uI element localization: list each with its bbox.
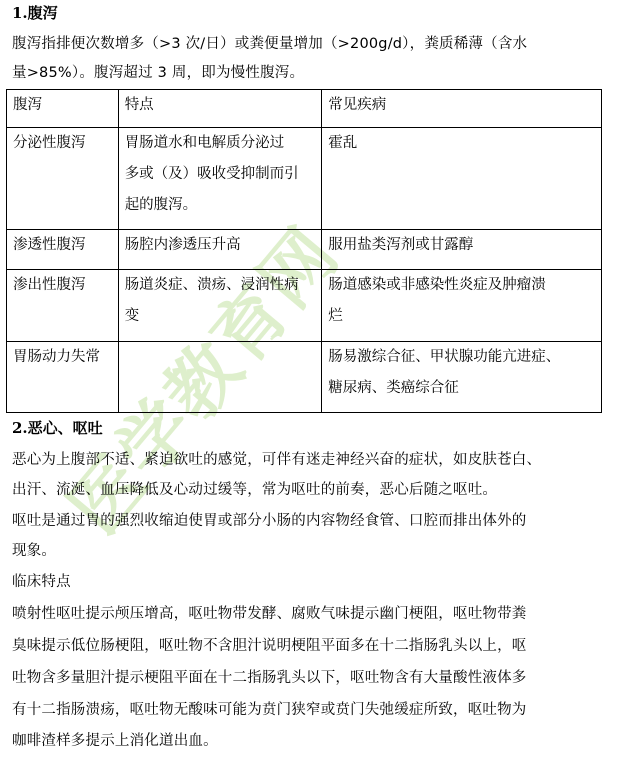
table-row: 胃肠动力失常 肠易激综合征、甲状腺功能亢进症、 糖尿病、类癌综合征 xyxy=(7,342,602,413)
table-cell-type: 胃肠动力失常 xyxy=(7,342,119,413)
table-cell-disease: 霍乱 xyxy=(322,128,602,230)
table-cell-feature: 肠道炎症、溃疡、浸润性病 变 xyxy=(118,270,322,342)
section2-title: 2.恶心、呕吐 xyxy=(12,418,103,438)
section2-line: 恶心为上腹部不适、紧迫欲吐的感觉，可伴有迷走神经兴奋的症状，如皮肤苍白、 xyxy=(12,450,541,470)
cell-text: 糖尿病、类癌综合征 xyxy=(328,373,595,404)
header-feature: 特点 xyxy=(125,90,316,121)
table-cell-type: 分泌性腹泻 xyxy=(7,128,119,230)
table-cell-type: 渗出性腹泻 xyxy=(7,270,119,342)
header-disease: 常见疾病 xyxy=(328,90,595,121)
table-cell-disease: 服用盐类泻剂或甘露醇 xyxy=(322,230,602,270)
cell-text: 胃肠道水和电解质分泌过 xyxy=(125,128,316,159)
table-row: 渗透性腹泻 肠腔内渗透压升高 服用盐类泻剂或甘露醇 xyxy=(7,230,602,270)
section2-line: 呕吐是通过胃的强烈收缩迫使胃或部分小肠的内容物经食管、口腔而排出体外的 xyxy=(12,511,527,531)
section1-paragraph-line: 量>85%）。腹泻超过 3 周，即为慢性腹泻。 xyxy=(12,63,304,83)
table-cell-disease: 肠道感染或非感染性炎症及肿瘤溃 烂 xyxy=(322,270,602,342)
cell-text: 霍乱 xyxy=(328,128,595,159)
section1-paragraph-line: 腹泻指排便次数增多（>3 次/日）或粪便量增加（>200g/d），粪质稀薄（含水 xyxy=(12,34,527,54)
section2-line: 现象。 xyxy=(12,541,56,561)
table-header-row: 腹泻 特点 常见疾病 xyxy=(7,90,602,128)
table-row: 分泌性腹泻 胃肠道水和电解质分泌过 多或（及）吸收受抑制而引 起的腹泻。 霍乱 xyxy=(7,128,602,230)
section2-line: 出汗、流涎、血压降低及心动过缓等，常为呕吐的前奏，恶心后随之呕吐。 xyxy=(12,480,497,500)
cell-text: 起的腹泻。 xyxy=(125,190,316,221)
cell-text: 肠易激综合征、甲状腺功能亢进症、 xyxy=(328,342,595,373)
section2-line: 咖啡渣样多提示上消化道出血。 xyxy=(12,731,218,751)
section2-line: 喷射性呕吐提示颅压增高，呕吐物带发酵、腐败气味提示幽门梗阻，呕吐物带粪 xyxy=(12,604,527,624)
section2-line: 臭味提示低位肠梗阻，呕吐物不含胆汁说明梗阻平面多在十二指肠乳头以上，呕 xyxy=(12,636,527,656)
table-header-cell: 特点 xyxy=(118,90,322,128)
table-cell-feature: 肠腔内渗透压升高 xyxy=(118,230,322,270)
table-header-cell: 常见疾病 xyxy=(322,90,602,128)
cell-text: 分泌性腹泻 xyxy=(13,128,112,159)
table-row: 渗出性腹泻 肠道炎症、溃疡、浸润性病 变 肠道感染或非感染性炎症及肿瘤溃 烂 xyxy=(7,270,602,342)
cell-text: 渗出性腹泻 xyxy=(13,270,112,301)
section2-line: 有十二指肠溃疡，呕吐物无酸味可能为贲门狭窄或贲门失弛缓症所致，呕吐物为 xyxy=(12,700,527,720)
section1-title: 1.腹泻 xyxy=(12,3,58,23)
cell-text: 服用盐类泻剂或甘露醇 xyxy=(328,230,595,261)
table-header-cell: 腹泻 xyxy=(7,90,119,128)
header-type: 腹泻 xyxy=(13,90,112,121)
cell-text: 胃肠动力失常 xyxy=(13,342,112,373)
section2-line: 吐物含多量胆汁提示梗阻平面在十二指肠乳头以下，呕吐物含有大量酸性液体多 xyxy=(12,668,527,688)
table-cell-feature xyxy=(118,342,322,413)
table-cell-feature: 胃肠道水和电解质分泌过 多或（及）吸收受抑制而引 起的腹泻。 xyxy=(118,128,322,230)
diarrhea-types-table: 腹泻 特点 常见疾病 分泌性腹泻 胃肠道水和电解质分泌过 多或（及）吸收受抑制而… xyxy=(6,89,602,413)
clinical-features-label: 临床特点 xyxy=(12,572,71,592)
cell-text: 渗透性腹泻 xyxy=(13,230,112,261)
cell-text: 肠腔内渗透压升高 xyxy=(125,230,316,261)
table-cell-type: 渗透性腹泻 xyxy=(7,230,119,270)
cell-text: 多或（及）吸收受抑制而引 xyxy=(125,159,316,190)
table-cell-disease: 肠易激综合征、甲状腺功能亢进症、 糖尿病、类癌综合征 xyxy=(322,342,602,413)
cell-text: 烂 xyxy=(328,301,595,332)
cell-text: 变 xyxy=(125,301,316,332)
cell-text: 肠道炎症、溃疡、浸润性病 xyxy=(125,270,316,301)
cell-text: 肠道感染或非感染性炎症及肿瘤溃 xyxy=(328,270,595,301)
